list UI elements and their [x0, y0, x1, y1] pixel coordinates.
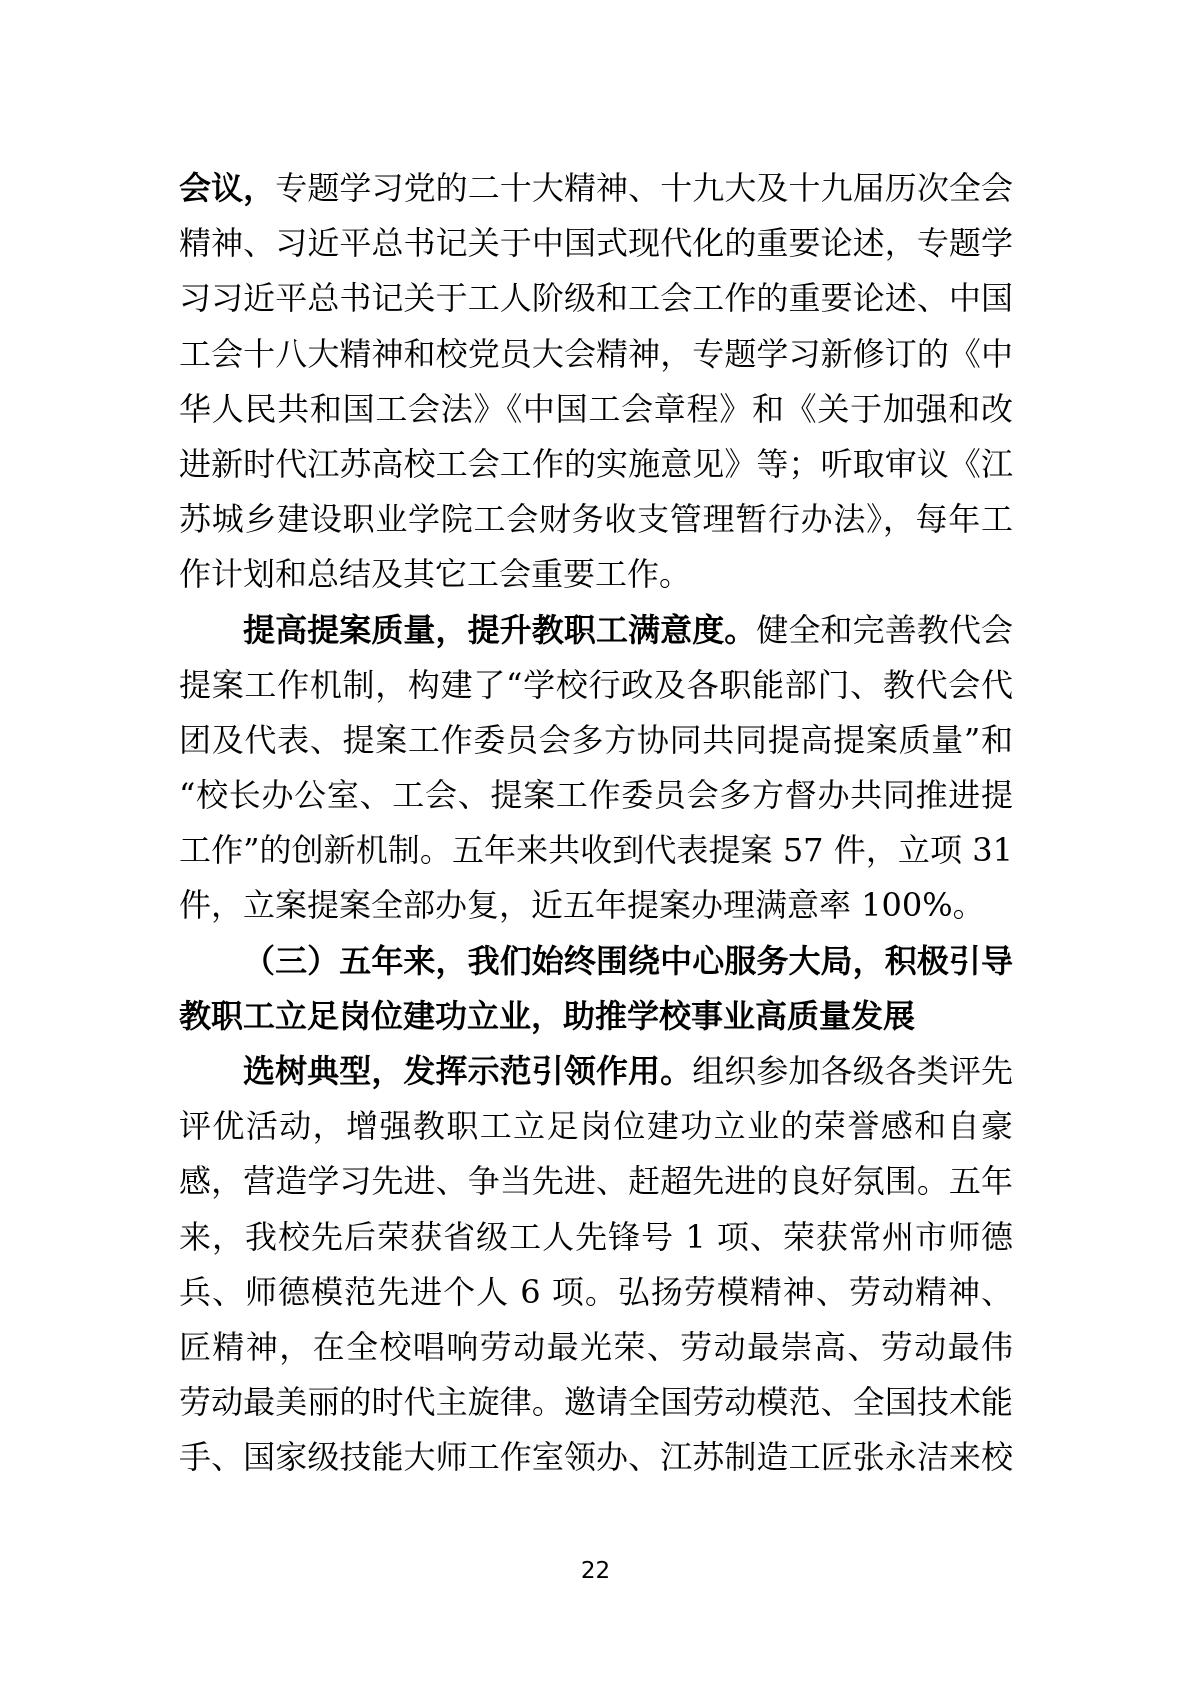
text-line: 选树典型，发挥示范引领作用。组织参加各级各类评先	[179, 1044, 1013, 1099]
para-proposal-quality: 提高提案质量，提升教职工满意度。健全和完善教代会提案工作机制，构建了“学校行政及…	[179, 603, 1013, 934]
text-segment: 感，营造学习先进、争当先进、赶超先进的良好氛围。五年	[179, 1162, 1013, 1200]
para-section-heading-three: （三）五年来，我们始终围绕中心服务大局，积极引导教职工立足岗位建功立业，助推学校…	[179, 934, 1013, 1044]
page-footer: 22	[0, 1556, 1191, 1586]
text-segment: 精神、习近平总书记关于中国式现代化的重要论述，专题学	[179, 224, 1013, 262]
text-segment: 团及代表、提案工作委员会多方协同共同提高提案质量”和	[179, 721, 1013, 759]
text-line: （三）五年来，我们始终围绕中心服务大局，积极引导	[179, 934, 1013, 989]
text-segment: 劳动最美丽的时代主旋律。邀请全国劳动模范、全国技术能	[179, 1383, 1013, 1421]
text-segment: 进新时代江苏高校工会工作的实施意见》等；听取审议《江	[179, 445, 1013, 483]
text-segment: 来，我校先后荣获省级工人先锋号 1 项、荣获常州市师德标	[179, 1218, 1013, 1265]
text-line: 来，我校先后荣获省级工人先锋号 1 项、荣获常州市师德标	[179, 1210, 1013, 1265]
text-segment: 习习近平总书记关于工人阶级和工会工作的重要论述、中国	[179, 279, 1013, 317]
text-line: 兵、师德模范先进个人 6 项。弘扬劳模精神、劳动精神、工	[179, 1265, 1013, 1320]
text-segment: 健全和完善教代会	[756, 611, 1013, 649]
text-line: 精神、习近平总书记关于中国式现代化的重要论述，专题学	[179, 216, 1013, 271]
page-number: 22	[581, 1558, 610, 1584]
text-line: 习习近平总书记关于工人阶级和工会工作的重要论述、中国	[179, 271, 1013, 326]
text-segment: 专题学习党的二十大精神、十九大及十九届历次全会	[275, 169, 1013, 207]
text-line: 作计划和总结及其它工会重要工作。	[179, 547, 1013, 602]
text-line: 提案工作机制，构建了“学校行政及各职能部门、教代会代表	[179, 658, 1013, 713]
text-segment: 提案工作机制，构建了“学校行政及各职能部门、教代会代表	[179, 666, 1013, 713]
text-line: 匠精神，在全校唱响劳动最光荣、劳动最崇高、劳动最伟大、	[179, 1320, 1013, 1375]
para-role-models: 选树典型，发挥示范引领作用。组织参加各级各类评先评优活动，增强教职工立足岗位建功…	[179, 1044, 1013, 1486]
text-line: “校长办公室、工会、提案工作委员会多方督办共同推进提案	[179, 768, 1013, 823]
document-body: 会议，专题学习党的二十大精神、十九大及十九届历次全会精神、习近平总书记关于中国式…	[179, 161, 1013, 1486]
text-segment: 匠精神，在全校唱响劳动最光荣、劳动最崇高、劳动最伟大、	[179, 1328, 1013, 1375]
bold-text-segment: 选树典型，发挥示范引领作用。	[243, 1052, 692, 1090]
text-line: 团及代表、提案工作委员会多方协同共同提高提案质量”和	[179, 713, 1013, 768]
text-segment: 工会十八大精神和校党员大会精神，专题学习新修订的《中	[179, 335, 1013, 373]
text-line: 工作”的创新机制。五年来共收到代表提案 57 件，立项 31	[179, 823, 1013, 878]
text-line: 提高提案质量，提升教职工满意度。健全和完善教代会	[179, 603, 1013, 658]
text-line: 教职工立足岗位建功立业，助推学校事业高质量发展	[179, 989, 1013, 1044]
text-segment: 作计划和总结及其它工会重要工作。	[179, 555, 691, 593]
text-segment: 组织参加各级各类评先	[692, 1052, 1013, 1090]
text-segment: 华人民共和国工会法》《中国工会章程》和《关于加强和改	[179, 390, 1013, 428]
text-line: 件，立案提案全部办复，近五年提案办理满意率 100%。	[179, 878, 1013, 933]
document-page: 会议，专题学习党的二十大精神、十九大及十九届历次全会精神、习近平总书记关于中国式…	[0, 0, 1191, 1684]
bold-text-segment: 提高提案质量，提升教职工满意度。	[243, 611, 756, 649]
text-line: 华人民共和国工会法》《中国工会章程》和《关于加强和改	[179, 382, 1013, 437]
text-line: 评优活动，增强教职工立足岗位建功立业的荣誉感和自豪	[179, 1099, 1013, 1154]
text-line: 手、国家级技能大师工作室领办、江苏制造工匠张永洁来校	[179, 1430, 1013, 1485]
text-segment: 工作”的创新机制。五年来共收到代表提案 57 件，立项 31	[179, 831, 1013, 869]
text-line: 感，营造学习先进、争当先进、赶超先进的良好氛围。五年	[179, 1154, 1013, 1209]
text-line: 工会十八大精神和校党员大会精神，专题学习新修订的《中	[179, 327, 1013, 382]
text-line: 会议，专题学习党的二十大精神、十九大及十九届历次全会	[179, 161, 1013, 216]
text-line: 劳动最美丽的时代主旋律。邀请全国劳动模范、全国技术能	[179, 1375, 1013, 1430]
text-segment: 评优活动，增强教职工立足岗位建功立业的荣誉感和自豪	[179, 1107, 1013, 1145]
para-study-meetings: 会议，专题学习党的二十大精神、十九大及十九届历次全会精神、习近平总书记关于中国式…	[179, 161, 1013, 603]
text-segment: 苏城乡建设职业学院工会财务收支管理暂行办法》，每年工	[179, 500, 1013, 538]
text-segment: 手、国家级技能大师工作室领办、江苏制造工匠张永洁来校	[179, 1438, 1013, 1476]
text-line: 苏城乡建设职业学院工会财务收支管理暂行办法》，每年工	[179, 492, 1013, 547]
bold-text-segment: 教职工立足岗位建功立业，助推学校事业高质量发展	[179, 997, 915, 1035]
text-line: 进新时代江苏高校工会工作的实施意见》等；听取审议《江	[179, 437, 1013, 492]
text-segment: 兵、师德模范先进个人 6 项。弘扬劳模精神、劳动精神、工	[179, 1273, 1013, 1320]
text-segment: 件，立案提案全部办复，近五年提案办理满意率 100%。	[179, 886, 985, 924]
bold-text-segment: （三）五年来，我们始终围绕中心服务大局，积极引导	[243, 942, 1013, 980]
text-segment: “校长办公室、工会、提案工作委员会多方督办共同推进提案	[179, 776, 1013, 823]
bold-text-segment: 会议，	[179, 169, 275, 207]
